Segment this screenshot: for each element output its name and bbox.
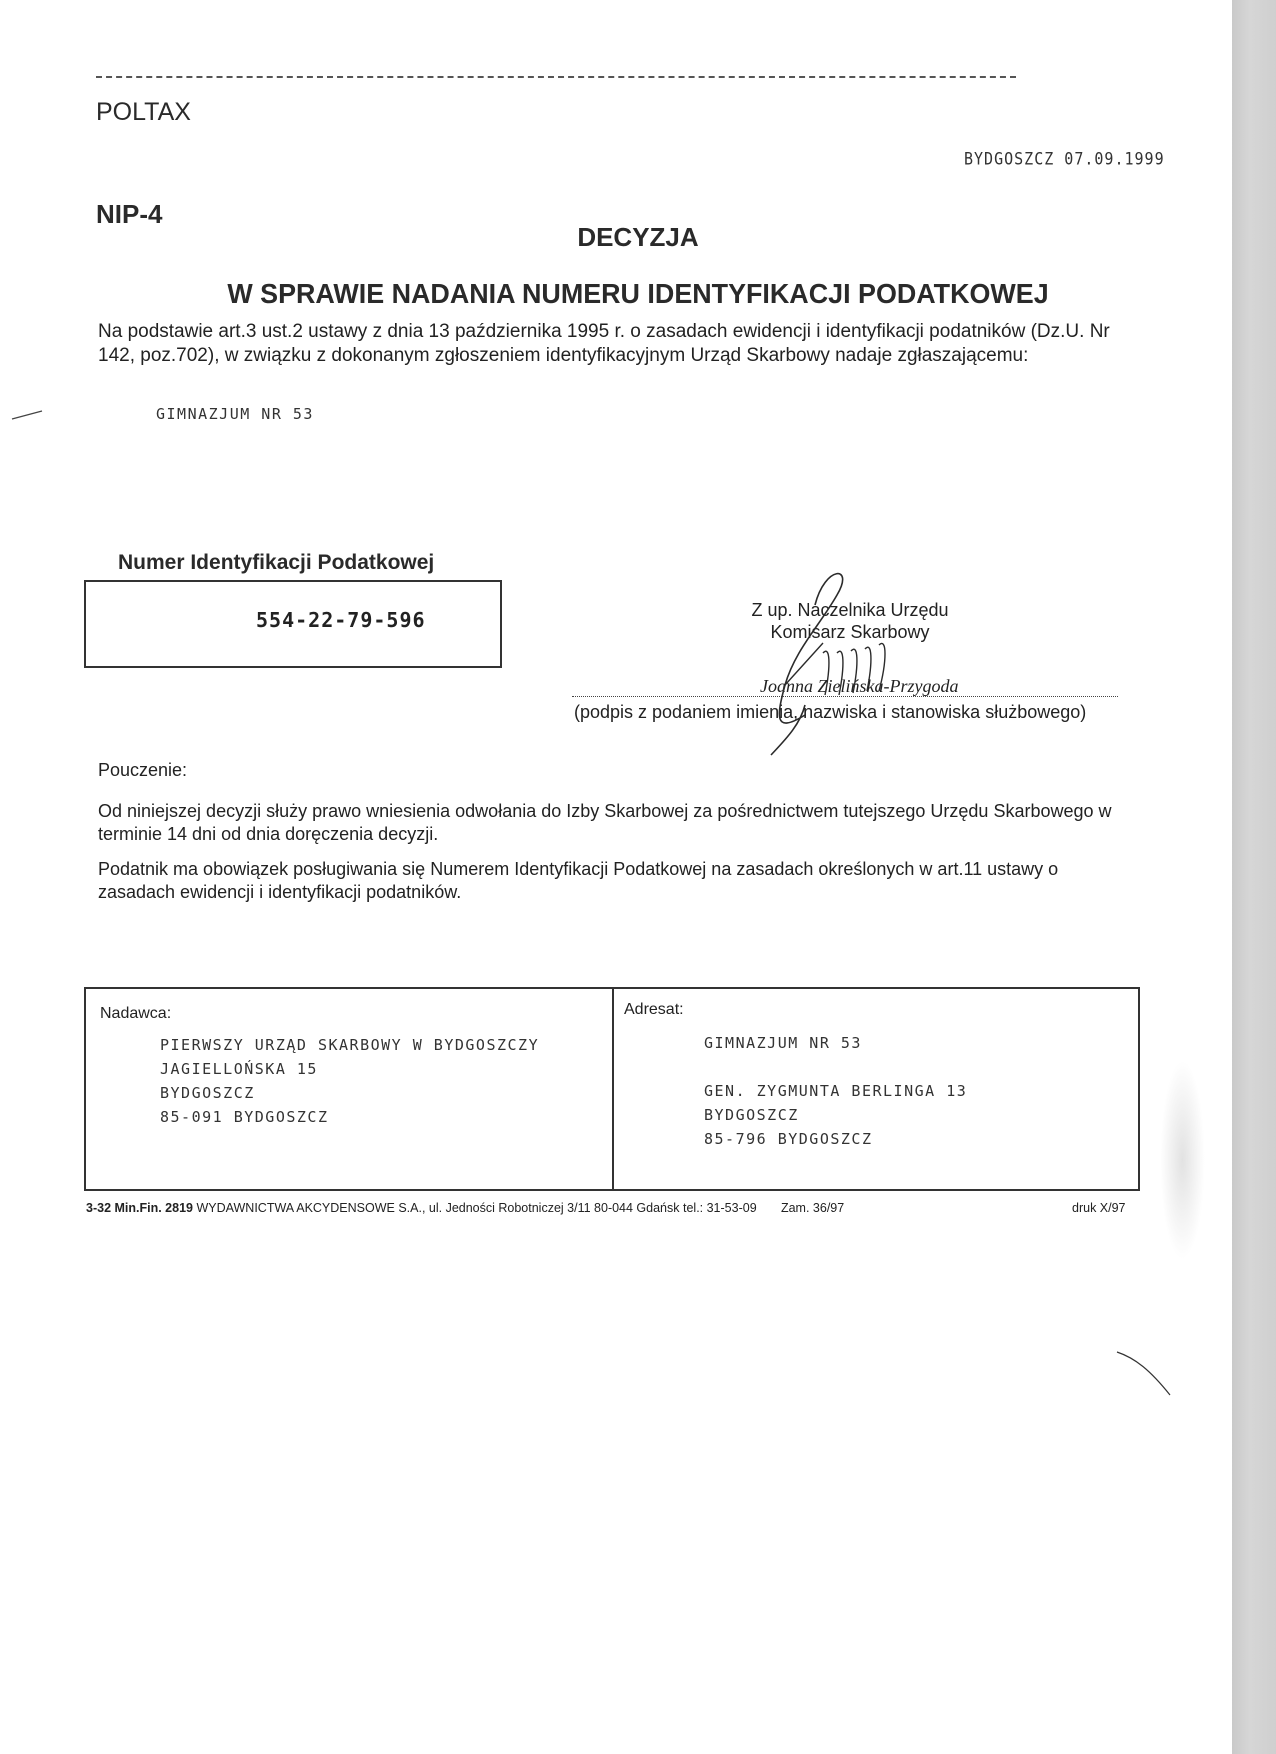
addressee-line: GEN. ZYGMUNTA BERLINGA 13 (704, 1079, 967, 1103)
stray-mark-icon (8, 405, 48, 425)
nip-box: 554-22-79-596 (84, 580, 502, 668)
form-id: 3-32 Min.Fin. 2819 (86, 1201, 193, 1215)
intro-text: Na podstawie art.3 ust.2 ustawy z dnia 1… (98, 320, 1118, 368)
place-date: BYDGOSZCZ 07.09.1999 (964, 149, 1165, 170)
addressee-address: GIMNAZJUM NR 53 GEN. ZYGMUNTA BERLINGA 1… (704, 1031, 967, 1151)
instructions-paragraph-2: Podatnik ma obowiązek posługiwania się N… (98, 858, 1128, 904)
sender-label: Nadawca: (100, 1005, 171, 1023)
addressee-line: GIMNAZJUM NR 53 (704, 1031, 967, 1055)
scan-edge-strip (1232, 0, 1276, 1754)
instructions-paragraph-1: Od niniejszej decyzji służy prawo wniesi… (98, 800, 1128, 846)
document-title: DECYZJA (0, 222, 1276, 253)
addressee-label: Adresat: (624, 1001, 684, 1019)
print-mark: druk X/97 (1072, 1201, 1126, 1215)
sender-cell: Nadawca: PIERWSZY URZĄD SKARBOWY W BYDGO… (86, 989, 614, 1189)
form-header: POLTAX (96, 98, 191, 127)
addressee-line (704, 1055, 967, 1079)
addressee-line: 85-796 BYDGOSZCZ (704, 1127, 967, 1151)
recipient-name: GIMNAZJUM NR 53 (156, 405, 314, 423)
stray-mark-icon (1115, 1350, 1175, 1400)
address-table: Nadawca: PIERWSZY URZĄD SKARBOWY W BYDGO… (84, 987, 1140, 1191)
handwritten-signature-icon (745, 565, 945, 760)
sender-line: PIERWSZY URZĄD SKARBOWY W BYDGOSZCZY (160, 1033, 539, 1057)
sender-line: JAGIELLOŃSKA 15 (160, 1057, 539, 1081)
sender-line: BYDGOSZCZ (160, 1081, 539, 1105)
printer-imprint: 3-32 Min.Fin. 2819 WYDAWNICTWA AKCYDENSO… (86, 1201, 844, 1215)
nip-label: Numer Identyfikacji Podatkowej (118, 551, 434, 575)
printer-details: WYDAWNICTWA AKCYDENSOWE S.A., ul. Jednoś… (196, 1201, 756, 1215)
sender-address: PIERWSZY URZĄD SKARBOWY W BYDGOSZCZY JAG… (160, 1033, 539, 1129)
addressee-line: BYDGOSZCZ (704, 1103, 967, 1127)
scan-noise (1160, 1060, 1205, 1260)
nip-value: 554-22-79-596 (256, 608, 426, 632)
sender-line: 85-091 BYDGOSZCZ (160, 1105, 539, 1129)
instructions-label: Pouczenie: (98, 760, 187, 781)
document-subtitle: W SPRAWIE NADANIA NUMERU IDENTYFIKACJI P… (26, 278, 1251, 310)
order-number: Zam. 36/97 (781, 1201, 844, 1215)
perforation-line (96, 76, 1016, 78)
addressee-cell: Adresat: GIMNAZJUM NR 53 GEN. ZYGMUNTA B… (614, 989, 1138, 1189)
